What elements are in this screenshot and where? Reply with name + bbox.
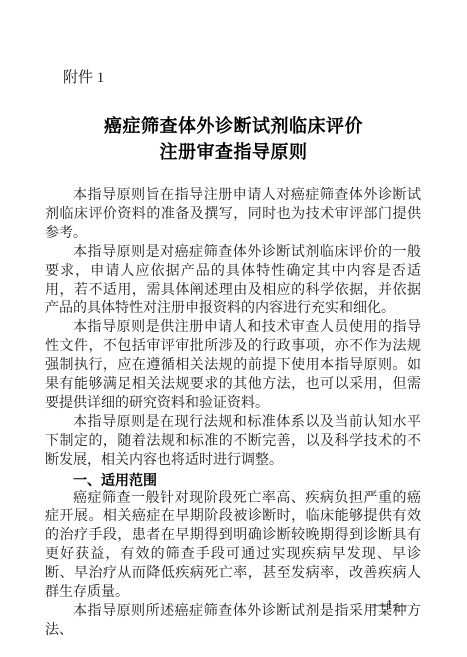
- document-title: 癌症筛查体外诊断试剂临床评价 注册审查指导原则: [0, 113, 467, 165]
- section-heading-scope: 一、适用范围: [45, 471, 421, 490]
- page-number: —1—: [372, 597, 407, 615]
- intro-paragraph-3: 本指导原则是供注册申请人和技术审查人员使用的指导性文件，不包括审评审批所涉及的行…: [45, 319, 421, 414]
- scope-paragraph-1: 癌症筛查一般针对现阶段死亡率高、疾病负担严重的癌症开展。相关癌症在早期阶段被诊断…: [45, 490, 421, 603]
- intro-paragraph-2: 本指导原则是对癌症筛查体外诊断试剂临床评价的一般要求，申请人应依据产品的具体特性…: [45, 244, 421, 320]
- intro-paragraph-4: 本指导原则是在现行法规和标准体系以及当前认知水平下制定的，随着法规和标准的不断完…: [45, 414, 421, 471]
- attachment-label: 附件 1: [63, 69, 104, 87]
- document-page: 附件 1 癌症筛查体外诊断试剂临床评价 注册审查指导原则 本指导原则旨在指导注册…: [0, 0, 467, 657]
- document-title-line-2: 注册审查指导原则: [0, 139, 467, 165]
- scope-paragraph-2: 本指导原则所述癌症筛查体外诊断试剂是指采用某种方法、: [45, 603, 421, 641]
- document-body: 本指导原则旨在指导注册申请人对癌症筛查体外诊断试剂临床评价资料的准备及撰写，同时…: [45, 187, 421, 641]
- intro-paragraph-1: 本指导原则旨在指导注册申请人对癌症筛查体外诊断试剂临床评价资料的准备及撰写，同时…: [45, 187, 421, 244]
- document-title-line-1: 癌症筛查体外诊断试剂临床评价: [0, 113, 467, 139]
